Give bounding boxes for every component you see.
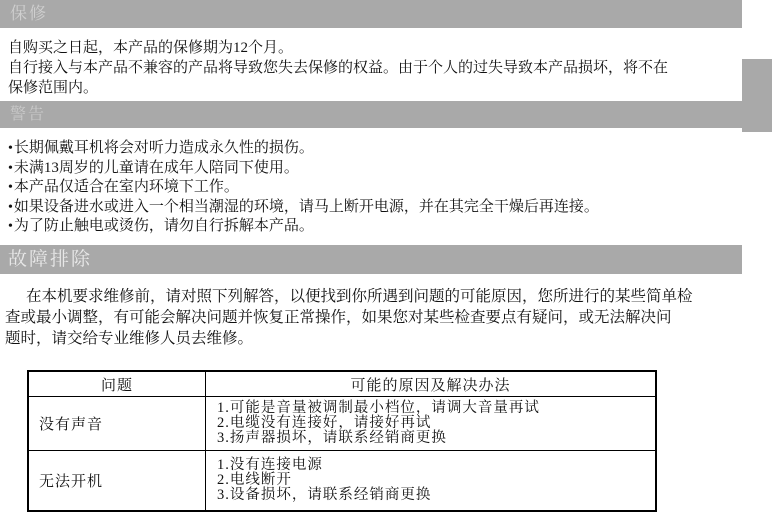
warning-text: 如果设备进水或进入一个相当潮湿的环境，请马上断开电源，并在其完全干燥后再连接。: [14, 199, 599, 215]
manual-page: 保修 自购买之日起，本产品的保修期为12个月。 自行接入与本产品不兼容的产品将导…: [0, 0, 772, 512]
warning-section-title: 警告: [10, 106, 46, 123]
troubleshooting-line: 题时，请交给专业维修人员去维修。: [5, 328, 670, 349]
table-header-row: 问题 可能的原因及解决办法: [28, 371, 656, 397]
solutions-cell: 1.可能是音量被调制最小档位，请调大音量再试 2.电缆没有连接好，请接好再试 3…: [206, 397, 657, 451]
warning-list: •长期佩戴耳机将会对听力造成永久性的损伤。 •未满13周岁的儿童请在成年人陪同下…: [8, 139, 599, 237]
bullet-icon: •: [8, 219, 13, 234]
warning-text: 长期佩戴耳机将会对听力造成永久性的损伤。: [14, 140, 314, 156]
warning-list-item: •长期佩戴耳机将会对听力造成永久性的损伤。: [8, 139, 599, 159]
solution-line: 1.可能是音量被调制最小档位，请调大音量再试: [217, 401, 655, 416]
table-row: 没有声音 1.可能是音量被调制最小档位，请调大音量再试 2.电缆没有连接好，请接…: [28, 397, 656, 451]
solutions-cell: 1.没有连接电源 2.电线断开 3.设备损坏，请联系经销商更换: [206, 451, 657, 511]
problem-cell: 没有声音: [28, 397, 206, 451]
section-header-troubleshooting: 故障排除: [0, 245, 742, 274]
troubleshooting-paragraph: 在本机要求维修前，请对照下列解答，以便找到你所遇到问题的可能原因，您所进行的某些…: [5, 286, 670, 349]
bullet-icon: •: [8, 161, 13, 176]
page-edge-tab: [742, 59, 772, 132]
warranty-line: 保修范围内。: [8, 78, 688, 98]
warning-list-item: •本产品仅适合在室内环境下工作。: [8, 178, 599, 198]
table-header-solutions: 可能的原因及解决办法: [206, 371, 657, 397]
warning-text: 本产品仅适合在室内环境下工作。: [14, 179, 239, 195]
warranty-section-title: 保修: [10, 4, 48, 23]
warning-list-item: •为了防止触电或烫伤，请勿自行拆解本产品。: [8, 217, 599, 237]
solution-line: 2.电缆没有连接好，请接好再试: [217, 416, 655, 431]
warranty-line: 自行接入与本产品不兼容的产品将导致您失去保修的权益。由于个人的过失导致本产品损坏…: [8, 58, 688, 78]
section-header-warning: 警告: [0, 101, 742, 128]
warranty-paragraph: 自购买之日起，本产品的保修期为12个月。 自行接入与本产品不兼容的产品将导致您失…: [8, 38, 688, 98]
section-header-warranty: 保修: [0, 0, 742, 28]
solution-line: 1.没有连接电源: [217, 458, 655, 473]
problem-cell: 无法开机: [28, 451, 206, 511]
table-row: 无法开机 1.没有连接电源 2.电线断开 3.设备损坏，请联系经销商更换: [28, 451, 656, 511]
troubleshooting-line: 查或最小调整，有可能会解决问题并恢复正常操作，如果您对某些检查要点有疑问，或无法…: [5, 307, 670, 328]
bullet-icon: •: [8, 180, 13, 195]
warning-text: 未满13周岁的儿童请在成年人陪同下使用。: [14, 160, 299, 176]
warning-list-item: •如果设备进水或进入一个相当潮湿的环境，请马上断开电源，并在其完全干燥后再连接。: [8, 198, 599, 218]
table-header-problem: 问题: [28, 371, 206, 397]
solution-line: 3.设备损坏，请联系经销商更换: [217, 488, 655, 503]
solution-line: 2.电线断开: [217, 473, 655, 488]
bullet-icon: •: [8, 141, 13, 156]
troubleshooting-line: 在本机要求维修前，请对照下列解答，以便找到你所遇到问题的可能原因，您所进行的某些…: [5, 286, 670, 307]
bullet-icon: •: [8, 200, 13, 215]
warning-list-item: •未满13周岁的儿童请在成年人陪同下使用。: [8, 159, 599, 179]
warning-text: 为了防止触电或烫伤，请勿自行拆解本产品。: [14, 218, 314, 234]
solution-line: 3.扬声器损坏，请联系经销商更换: [217, 431, 655, 446]
troubleshooting-table: 问题 可能的原因及解决办法 没有声音 1.可能是音量被调制最小档位，请调大音量再…: [27, 370, 657, 512]
troubleshooting-section-title: 故障排除: [8, 249, 92, 270]
warranty-line: 自购买之日起，本产品的保修期为12个月。: [8, 38, 688, 58]
